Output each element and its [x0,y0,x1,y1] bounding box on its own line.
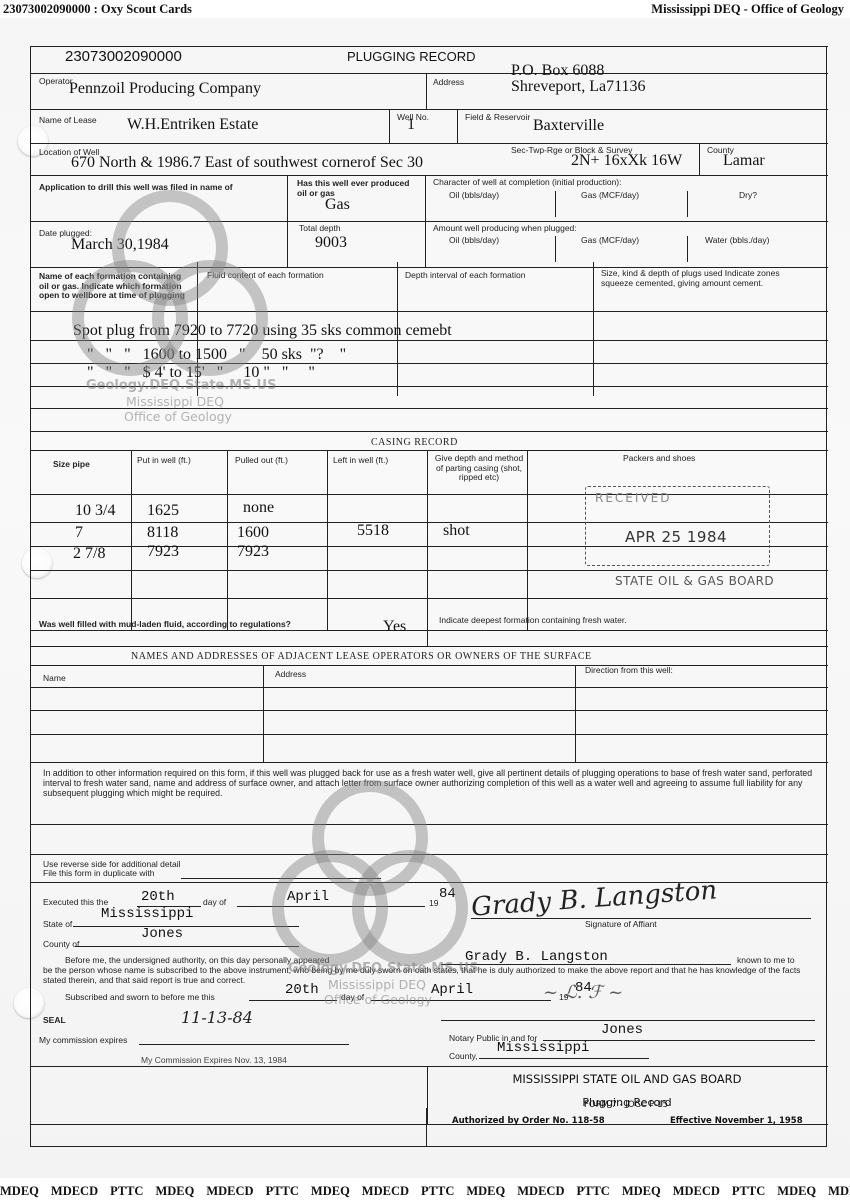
footer-tag: MDECD [51,1184,98,1199]
executed-year: 84 [439,886,456,902]
footer-tag: PTTC [110,1184,143,1199]
location-value: 670 North & 1986.7 East of southwest cor… [71,154,423,172]
casing-header-packers: Packers and shoes [623,454,695,464]
county-of-label: County of [43,940,79,950]
sec-twp-rge-value: 2N+ 16xXk 16W [571,152,682,170]
page-footer: MDEQMDECDPTTCMDEQMDECDPTTCMDEQMDECDPTTCM… [0,1184,850,1202]
executed-month: April [287,889,329,905]
executed-day-of: day of [203,898,226,908]
casing-put-in: 7923 [147,543,179,561]
formation-header-name: Name of each formation containing oil or… [39,272,189,301]
board-title: MISSISSIPPI STATE OIL AND GAS BOARD [427,1072,827,1086]
footer-tag: MDEQ [155,1184,194,1199]
board-order: Authorized by Order No. 118-58 [452,1116,605,1126]
commission-label: My commission expires [39,1036,127,1046]
lease-label: Name of Lease [39,116,97,126]
footer-tag: PTTC [266,1184,299,1199]
adjacent-title: NAMES AND ADDRESSES OF ADJACENT LEASE OP… [131,651,592,662]
header-doc-id: 23073002090000 : Oxy Scout Cards [3,2,192,17]
commission-stamp: My Commission Expires Nov. 13, 1984 [141,1056,287,1066]
casing-put-in: 1625 [147,502,179,520]
affidavit-body: be the person whose name is subscribed t… [43,966,815,985]
footer-tag: MDEQ [777,1184,816,1199]
plugging-record-form: 23073002090000 PLUGGING RECORD Operator … [30,46,827,1126]
total-depth-value: 9003 [315,234,347,252]
sworn-label: Subscribed and sworn to before me this [65,993,215,1003]
casing-parting: shot [443,522,470,540]
footer-tag: MDECD [206,1184,253,1199]
character-gas-label: Gas (MCF/day) [581,191,639,201]
footer-tag: MDECD [673,1184,720,1199]
executed-year-prefix: 19 [429,899,438,909]
casing-header-pulled: Pulled out (ft.) [235,456,288,466]
sworn-month: April [431,982,473,998]
notary-signature: ~ ℒ. ℱ ~ [543,982,623,1003]
amount-producing-label: Amount well producing when plugged: [433,224,577,234]
produced-value: Gas [325,196,350,214]
well-no-value: 1 [407,116,415,134]
sworn-day-of: day of [341,993,364,1003]
operator-value: Pennzoil Producing Company [69,80,261,98]
footer-tag: MDEQ [311,1184,350,1199]
produced-label: Has this well ever produced oil or gas [297,179,417,198]
casing-put-in: 8118 [147,524,178,542]
formation-header-depth: Depth interval of each formation [405,271,525,281]
formation-header-fluid: Fluid content of each formation [207,271,324,281]
field-value: Baxterville [533,117,604,135]
affidavit-name: Grady B. Langston [465,949,608,965]
formation-line-2: " " " 1600 to 1500 " 50 sks "? " [87,346,346,364]
formation-line-1: Spot plug from 7920 to 7720 using 35 sks… [73,322,452,340]
address-line2: Shreveport, La71136 [511,78,645,96]
footer-tag: MDECD [828,1184,850,1199]
amount-water-label: Water (bbls./day) [705,236,769,246]
amount-gas-label: Gas (MCF/day) [581,236,639,246]
notary-county-label: County, [449,1052,478,1062]
footer-tag: PTTC [732,1184,765,1199]
application-label: Application to drill this well was filed… [39,183,239,193]
scanned-page: 23073002090000 PLUGGING RECORD Operator … [0,18,850,1178]
casing-header-left: Left in well (ft.) [333,456,388,466]
duplicate-note: File this form in duplicate with [43,869,155,879]
character-dry-label: Dry? [739,191,757,201]
casing-pulled: none [243,499,274,517]
casing-pulled: 1600 [237,524,269,542]
state-label: State of [43,920,72,930]
footer-tag: MDEQ [466,1184,505,1199]
board-form-number: FORM 7 - IOCC P-15 [426,1100,826,1110]
executed-label: Executed this the [43,898,108,908]
casing-record-title: CASING RECORD [371,437,458,448]
footer-tag: MDEQ [0,1184,39,1199]
character-label: Character of well at completion (initial… [433,178,622,188]
total-depth-label: Total depth [299,224,341,234]
commission-handwritten: 11-13-84 [181,1008,253,1027]
formation-line-3: " " " $ 4' to 15' " 10 " " " [87,364,315,382]
seal-label: SEAL [43,1016,66,1026]
casing-header-parting: Give depth and method of parting casing … [433,454,525,483]
casing-size: 2 7/8 [73,545,105,563]
adjacent-header-name: Name [43,674,66,684]
notary-county-value: Mississippi [497,1040,589,1056]
footer-tag: MDECD [517,1184,564,1199]
footer-tag: MDECD [362,1184,409,1199]
county-of-value: Jones [141,926,183,942]
casing-pulled: 7923 [237,543,269,561]
casing-left: 5518 [357,522,389,540]
county-value: Lamar [723,152,765,170]
adjacent-header-direction: Direction from this well: [585,666,673,676]
footer-tag: MDEQ [622,1184,661,1199]
adjacent-header-address: Address [275,670,306,680]
instructions-text: In addition to other information require… [43,768,813,798]
notary-value: Jones [601,1022,643,1038]
address-label: Address [433,78,464,88]
signature-label: Signature of Affiant [585,920,657,930]
mud-question-label: Was well filled with mud-laden fluid, ac… [39,620,291,630]
footer-tag: PTTC [576,1184,609,1199]
state-value: Mississippi [101,906,193,922]
character-oil-label: Oil (bbls/day) [449,191,499,201]
form-title: PLUGGING RECORD [347,49,476,64]
sworn-day: 20th [285,982,319,998]
casing-size: 7 [75,524,83,542]
date-plugged-value: March 30,1984 [71,236,169,254]
board-effective: Effective November 1, 1958 [670,1116,803,1126]
header-source: Mississippi DEQ - Office of Geology [651,2,844,17]
executed-day: 20th [141,889,175,905]
footer-tag: PTTC [421,1184,454,1199]
fresh-water-label: Indicate deepest formation containing fr… [439,616,627,626]
casing-header-put-in: Put in well (ft.) [137,456,191,466]
casing-header-size: Size pipe [53,460,90,470]
amount-oil-label: Oil (bbls/day) [449,236,499,246]
field-label: Field & Reservoir [465,113,530,123]
operator-label: Operator [39,77,73,87]
page-header: 23073002090000 : Oxy Scout Cards Mississ… [0,0,850,18]
mud-question-value: Yes [383,618,406,636]
casing-size: 10 3/4 [75,502,115,520]
api-number: 23073002090000 [65,48,182,65]
lease-value: W.H.Entriken Estate [127,116,258,134]
formation-header-plugs: Size, kind & depth of plugs used Indicat… [601,269,781,288]
